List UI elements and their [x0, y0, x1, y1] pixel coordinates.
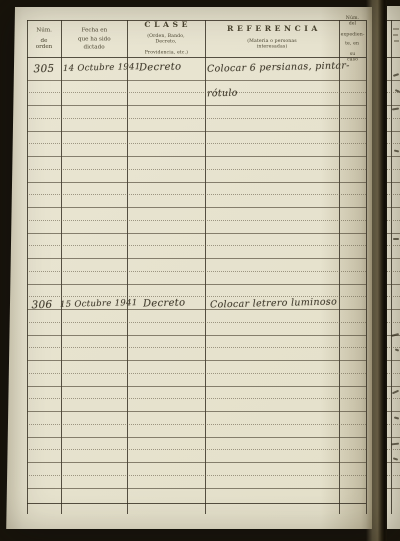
ruled-line [387, 245, 400, 246]
ruled-line [27, 322, 366, 323]
ruled-line [27, 373, 366, 374]
ruled-line [387, 475, 400, 476]
column-header-fecha: Fecha en que ha sido dictado [61, 21, 127, 57]
next-page-header-smudge [393, 34, 398, 36]
header-subtitle: Providencia, etc.) [144, 50, 187, 55]
ruled-line [387, 207, 400, 208]
next-page-header-border [387, 57, 400, 58]
entry-clase: Decreto [139, 61, 182, 73]
ruled-line [387, 386, 400, 387]
ruled-line [27, 360, 366, 361]
ruled-line [387, 296, 400, 297]
header-text: de orden [32, 37, 56, 50]
ruled-line [27, 437, 366, 438]
column-divider-4 [339, 20, 340, 514]
entry-num: 306 [27, 299, 57, 312]
ruled-line [387, 131, 400, 132]
entry-fecha: 15 Octubre 1941 [60, 298, 138, 310]
next-page-sliver [387, 6, 400, 529]
ruled-line [387, 233, 400, 234]
header-text: Núm. [36, 27, 52, 33]
ruled-line [387, 347, 400, 348]
header-text: Núm. del [345, 16, 361, 26]
ruled-line [387, 360, 400, 361]
ruled-line [387, 194, 400, 195]
ruled-line [27, 182, 366, 183]
header-title: R E F E R E N C I A [227, 26, 318, 35]
ruled-line [387, 105, 400, 106]
ruled-line [27, 207, 366, 208]
ruled-line [387, 398, 400, 399]
ruled-line [387, 182, 400, 183]
ruled-line [27, 245, 366, 246]
ruled-line [27, 169, 366, 170]
ruled-line [27, 411, 366, 412]
ruled-line [387, 437, 400, 438]
entry-fecha: 14 Octubre 1941 [63, 62, 141, 74]
ruled-line [387, 118, 400, 119]
table-left-border [27, 20, 28, 514]
ruled-line [27, 131, 366, 132]
ruled-line [27, 398, 366, 399]
header-text: dictado [83, 45, 104, 51]
ruled-line [387, 462, 400, 463]
ruled-line [387, 449, 400, 450]
table-right-border [366, 20, 367, 514]
ruled-line [27, 462, 366, 463]
ruled-line [387, 424, 400, 425]
ruled-line [27, 105, 366, 106]
ruled-line [387, 80, 400, 81]
ruled-line [27, 271, 366, 272]
column-header-clase: C L A S E (Orden, Bando, Decreto, Provid… [127, 21, 205, 57]
column-header-expediente: Núm. del expedien- te, en su caso [339, 21, 366, 57]
ruled-line [27, 424, 366, 425]
ruled-line [27, 335, 366, 336]
ruled-line [27, 284, 366, 285]
ruled-line [27, 220, 366, 221]
ruled-line [27, 488, 366, 489]
ink-fragment [393, 238, 399, 240]
scanned-register-page: Núm. de orden Fecha en que ha sido dicta… [0, 0, 400, 541]
ruled-line [387, 322, 400, 323]
header-title: C L A S E [144, 21, 187, 30]
ruled-line [387, 258, 400, 259]
header-text: te, en [346, 41, 360, 46]
ruled-line [27, 258, 366, 259]
ruled-line [27, 386, 366, 387]
ruled-line [387, 220, 400, 221]
ruled-line [387, 309, 400, 310]
table-header-border [27, 57, 366, 58]
header-text: Fecha en [81, 27, 107, 33]
next-page-header-smudge [394, 40, 399, 42]
column-header-num-orden: Núm. de orden [27, 21, 61, 57]
entry-referencia-line: rótulo [207, 88, 238, 100]
column-divider-3 [205, 20, 206, 514]
column-divider-1 [61, 20, 62, 514]
ruled-line [387, 373, 400, 374]
ruled-line [27, 449, 366, 450]
ruled-line [387, 143, 400, 144]
entry-num: 305 [27, 63, 61, 76]
header-subtitle: (Materia o personas interesadas) [233, 39, 311, 49]
ruled-line [27, 118, 366, 119]
ruled-line [27, 143, 366, 144]
column-header-referencia: R E F E R E N C I A (Materia o personas … [205, 21, 339, 57]
ruled-line [27, 347, 366, 348]
next-page-table-left [391, 20, 392, 514]
ruled-line [387, 488, 400, 489]
ruled-line [387, 411, 400, 412]
book-gutter [366, 0, 387, 541]
next-page-header-smudge [393, 28, 399, 30]
ruled-line [387, 284, 400, 285]
ruled-line [27, 92, 366, 93]
header-text: expedien- [341, 32, 365, 37]
entry-clase: Decreto [143, 297, 186, 309]
ruled-line [27, 80, 366, 81]
column-divider-2 [127, 20, 128, 514]
table-bottom-border [27, 503, 366, 504]
ruled-line [387, 271, 400, 272]
ruled-line [387, 169, 400, 170]
ruled-line [27, 233, 366, 234]
ruled-line [27, 194, 366, 195]
next-page-table-top [387, 20, 400, 21]
header-text: que ha sido [78, 36, 111, 42]
ruled-line [27, 475, 366, 476]
ruled-line [27, 156, 366, 157]
header-subtitle: (Orden, Bando, Decreto, [143, 34, 188, 44]
ruled-line [387, 156, 400, 157]
